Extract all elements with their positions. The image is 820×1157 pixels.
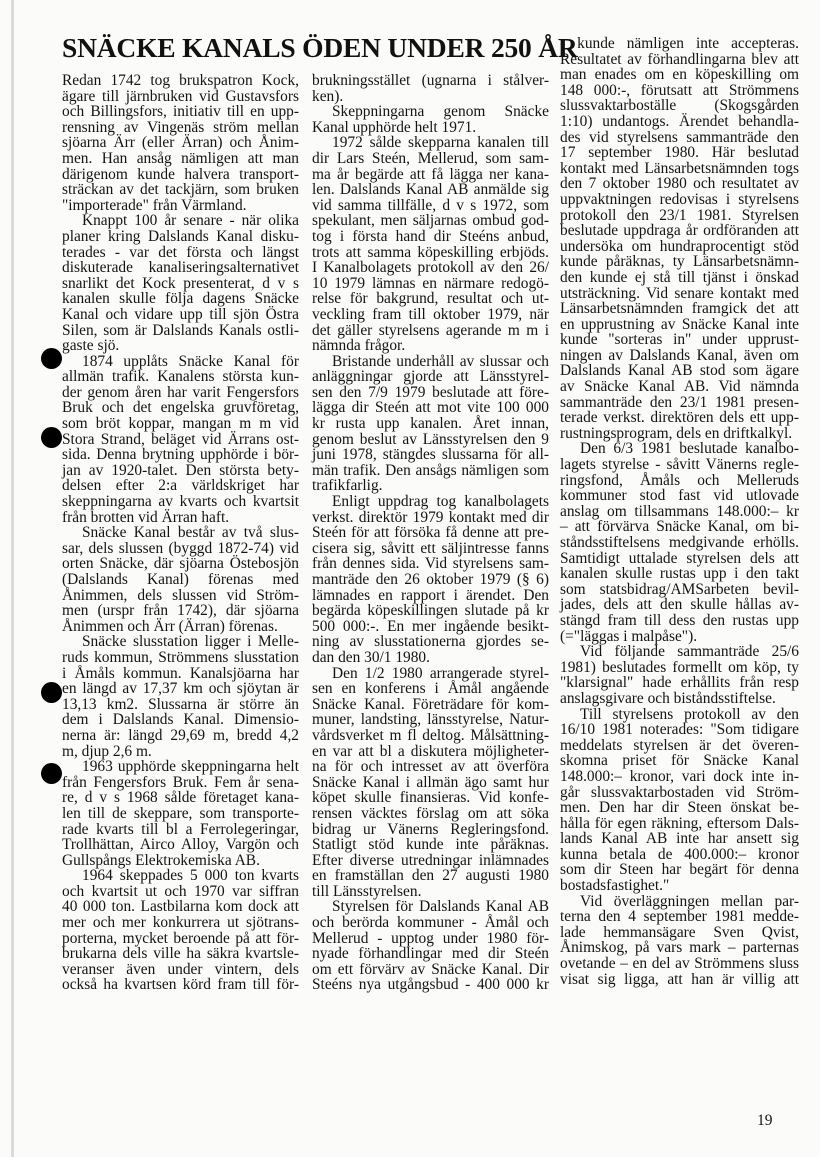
text-line: kanalen skulle rustas upp i den takt [560, 566, 799, 582]
text-line: utsträckning. Vid senare kontakt med [560, 286, 799, 302]
text-line: anläggningar gjorde att Länsstyrel- [312, 369, 549, 385]
text-line: kunna betala de 400.000:– kronor [560, 847, 799, 863]
page-number: 19 [757, 1112, 773, 1130]
text-line: bostadsfastighet." [560, 878, 799, 894]
text-line: sen den 7/9 1979 beslutade att före- [312, 385, 549, 401]
text-line: "importerade" från Värmland. [62, 198, 299, 214]
text-line: "klarsignal" hade erhållits från resp [560, 675, 799, 691]
text-line: Resultatet av förhandlingarna blev att [560, 52, 799, 68]
binder-hole [41, 682, 62, 703]
text-line: i Åmåls kommun. Kanalsjöarna har [62, 666, 299, 682]
text-line: 148 000:-, förutsatt att Strömmens [560, 83, 799, 99]
text-line: begärda köpeskillingen slutade på kr [312, 603, 549, 619]
text-line: Kanal upphörde helt 1971. [312, 120, 549, 136]
text-line: dir Lars Steén, Mellerud, som sam- [312, 151, 549, 167]
text-line: lägga dir Steén att mot vite 100 000 [312, 400, 549, 416]
text-line: och kvartsit ut och 1970 var siffran [62, 884, 299, 900]
text-line: na för och intresset av att överföra [312, 759, 549, 775]
text-line: nämnda frågor. [312, 338, 549, 354]
text-line: också ha kvartsen körd fram till för- [62, 977, 299, 993]
text-line: genom beslut av Länsstyrelsen den 9 [312, 432, 549, 448]
text-line: 1972 sålde skepparna kanalen till [312, 135, 549, 151]
text-line: Dalslands Kanal AB stod som ägare [560, 363, 799, 379]
text-line: Trollhättan, Airco Alloy, Vargön och [62, 837, 299, 853]
text-line: porterna, mycket beroende på att för- [62, 931, 299, 947]
text-line: nerna är: längd 29,69 m, bredd 4,2 [62, 728, 299, 744]
text-line: Knappt 100 år senare - när olika [62, 213, 299, 229]
text-line: ken). [312, 89, 549, 105]
text-line: Enligt uppdrag tog kanalbolagets [312, 494, 549, 510]
text-line: uppvaktningen redovisas i styrelsens [560, 192, 799, 208]
text-line: 1981) beslutades formellt om köp, ty [560, 660, 799, 676]
text-line: des vid styrelsens sammanträde den [560, 130, 799, 146]
text-line: om ett förvärv av Snäcke Kanal. Dir [312, 962, 549, 978]
text-line: ning av slusstationerna gjordes se- [312, 634, 549, 650]
text-line: der genom åren har varit Fengersfors [62, 385, 299, 401]
text-line: orten Snäcke, där sjöarna Östebosjön [62, 556, 299, 572]
text-line: ovetande – en del av Strömmens sluss [560, 956, 799, 972]
text-line: 1874 upplåts Snäcke Kanal för [62, 354, 299, 370]
text-line: verkst. direktör 1979 kontakt med dir [312, 510, 549, 526]
text-line: som dir Steen har begärt för denna [560, 862, 799, 878]
text-line: ruds kommun, Strömmens slusstation [62, 650, 299, 666]
text-line: 13,13 km2. Slussarna är större än [62, 697, 299, 713]
text-line: allmän trafik. Kanalens största kun- [62, 369, 299, 385]
text-line: 500 000:-. En mer ingående besikt- [312, 619, 549, 635]
text-line: Bruk och det engelska gruvföretag, [62, 400, 299, 416]
text-line: Skeppningarna genom Snäcke [312, 104, 549, 120]
text-line: den kunde ej stå till tjänst i önskad [560, 270, 799, 286]
text-line: veranser även under vintern, dels [62, 962, 299, 978]
text-line: det gäller styrelsens agerande m m i [312, 323, 549, 339]
text-line: kommuner stod fast vid utlovade [560, 488, 799, 504]
text-line: rustningsprogram, dels en driftkalkyl. [560, 426, 799, 442]
text-line: sammanträde den 23/1 1981 presen- [560, 395, 799, 411]
text-line: Stora Strand, beläget vid Ärrans ost- [62, 432, 299, 448]
text-line: muner, landsting, länsstyrelse, Natur- [312, 712, 549, 728]
text-line: 40 000 ton. Lastbilarna kom dock att [62, 899, 299, 915]
text-line: undersöka om hundraprocentigt stöd [560, 239, 799, 255]
text-line: en framställan den 27 augusti 1980 [312, 868, 549, 884]
article-title: SNÄCKE KANALS ÖDEN UNDER 250 ÅR [62, 33, 552, 63]
text-line: en var att bl a diskutera möjligheter- [312, 744, 549, 760]
text-line: en upprustning av Snäcke Kanal inte [560, 317, 799, 333]
text-line: från dennes sida. Vid styrelsens sam- [312, 556, 549, 572]
text-line: från Fengersfors Bruk. Fem år sena- [62, 775, 299, 791]
text-line: trafikfarlig. [312, 478, 549, 494]
text-line: delsen efter 2:a världskriget har [62, 478, 299, 494]
text-column-1: Redan 1742 tog brukspatron Kock,ägare ti… [62, 73, 299, 993]
text-line: jades, dels att den skulle hållas av- [560, 597, 799, 613]
text-line: anslag om tillsammans 148.000:– kr [560, 504, 799, 520]
text-line: gaste sjö. [62, 338, 299, 354]
text-line: Steén för att försöka få denne att pre- [312, 525, 549, 541]
binder-hole [41, 763, 62, 784]
text-line: 17 september 1980. Här beslutad [560, 145, 799, 161]
text-line: Vid överläggningen mellan par- [560, 894, 799, 910]
text-line: dem i Dalslands Kanal. Dimensio- [62, 712, 299, 728]
text-line: av Snäcke Kanal AB. Vid nämnda [560, 379, 799, 395]
text-line: sträckan av det tackjärn, som bruken [62, 182, 299, 198]
text-line: som bröt koppar, mangan m m vid [62, 416, 299, 432]
text-line: men (urspr från 1742), där sjöarna [62, 603, 299, 619]
binder-hole [41, 427, 62, 448]
text-line: lämnades en rapport i ärendet. Den [312, 588, 549, 604]
text-line: terade verkst. direktören dels ett upp- [560, 410, 799, 426]
text-line: ringsfond, Åmåls och Melleruds [560, 473, 799, 489]
text-line: ägare till järnbruken vid Gustavsfors [62, 89, 299, 105]
text-line: cisera sig, såvitt ett säljintresse fann… [312, 541, 549, 557]
text-line: stängd fram till dess den rustas upp [560, 613, 799, 629]
text-line: men. Den har dir Steen önskat be- [560, 800, 799, 816]
binder-hole [41, 348, 62, 369]
text-line: Kanal och vidare upp till sjön Östra [62, 307, 299, 323]
scan-edge-line [11, 0, 14, 1157]
text-line: - kunde nämligen inte accepteras. [560, 36, 799, 52]
text-line: slussvaktarboställe (Skogsgården [560, 98, 799, 114]
text-line: tog i första hand dir Steéns anbud, [312, 229, 549, 245]
text-line: man enades om en köpeskilling om [560, 67, 799, 83]
text-line: från brotten vid Ärran haft. [62, 510, 299, 526]
text-line: och Billingsfors, initiativ till en upp- [62, 104, 299, 120]
text-line: terades - var det första och längst [62, 245, 299, 261]
text-line: kunde påräknas, ty Länsarbetsnämn- [560, 254, 799, 270]
text-line: skeppningarna av kvarts och kvartsit [62, 494, 299, 510]
text-line: Ånimmen, dels slussen vid Ström- [62, 588, 299, 604]
text-line: ma år begärde att få lägga ner kana- [312, 167, 549, 183]
text-line: re, d v s 1968 sålde företaget kana- [62, 790, 299, 806]
text-line: diskuterade kanaliseringsalternativet [62, 260, 299, 276]
text-line: bidrag ur Vänerns Regleringsfond. [312, 822, 549, 838]
text-line: sen en konferens i Åmål angående [312, 681, 549, 697]
text-line: juni 1978, stängdes slussarna för all- [312, 447, 549, 463]
text-line: 1:10) undantogs. Ärendet behandla- [560, 114, 799, 130]
text-line: Styrelsen för Dalslands Kanal AB [312, 899, 549, 915]
text-line: köpet skulle finansieras. Vid konfe- [312, 790, 549, 806]
text-line: Den 6/3 1981 beslutade kanalbo- [560, 441, 799, 457]
text-line: kunde "sorteras in" under upprust- [560, 332, 799, 348]
text-line: manträde den 26 oktober 1979 (§ 6) [312, 572, 549, 588]
text-line: Statligt stöd kunde inte påräknas. [312, 837, 549, 853]
text-line: Snäcke Kanal. Företrädare för kom- [312, 697, 549, 713]
text-line: rensning av Vingenäs ström mellan [62, 120, 299, 136]
text-line: Gullspångs Elektrokemiska AB. [62, 853, 299, 869]
text-line: brukningsstället (ugnarna i stålver- [312, 73, 549, 89]
text-line: rade kvarts till bl a Ferrolegeringar, [62, 822, 299, 838]
text-line: Mellerud - upptog under 1980 för- [312, 931, 549, 947]
text-line: dan den 30/1 1980. [312, 650, 549, 666]
text-line: 1964 skeppades 5 000 ton kvarts [62, 868, 299, 884]
text-line: därigenom kunde halvera transport- [62, 167, 299, 183]
text-line: Bristande underhåll av slussar och [312, 354, 549, 370]
text-line: 16/10 1981 noterades: "Som tidigare [560, 722, 799, 738]
text-line: Den 1/2 1980 arrangerade styrel- [312, 666, 549, 682]
text-line: visat sig ligga, att han är villig att [560, 972, 799, 988]
text-line: till Länsstyrelsen. [312, 884, 549, 900]
text-line: Snäcke Kanal består av två slus- [62, 525, 299, 541]
text-line: nyade förhandlingar med dir Steén [312, 946, 549, 962]
text-line: rensen väcktes förslag om att söka [312, 806, 549, 822]
text-line: en längd av 17,37 km och sjöytan är [62, 681, 299, 697]
text-line: Ånimskog, på vars mark – parternas [560, 940, 799, 956]
text-line: anslagsgivare och biståndsstiftelse. [560, 691, 799, 707]
text-line: lade hemmansägare Sven Qvist, [560, 925, 799, 941]
text-line: veckling fram till oktober 1979, när [312, 307, 549, 323]
text-line: lands Kanal AB inte har ansett sig [560, 831, 799, 847]
text-line: kanalen skulle följa dagens Snäcke [62, 291, 299, 307]
text-line: planer kring Dalslands Kanal disku- [62, 229, 299, 245]
text-line: Till styrelsens protokoll av den [560, 707, 799, 723]
text-line: hålla för egen räkning, eftersom Dals- [560, 816, 799, 832]
text-line: kr rusta upp kanalen. Året innan, [312, 416, 549, 432]
text-line: Vid följande sammanträde 25/6 [560, 644, 799, 660]
text-line: (Dalslands Kanal) förenas med [62, 572, 299, 588]
text-line: beslutade uppdraga år ordföranden att [560, 223, 799, 239]
text-line: meddelats styrelsen är det överen- [560, 738, 799, 754]
text-line: sjöarna Ärr (eller Ärran) och Ånim- [62, 135, 299, 151]
text-line: Silen, som är Dalslands Kanals ostli- [62, 323, 299, 339]
text-line: jan av 1920-talet. Den största bety- [62, 463, 299, 479]
text-line: relse för bakgrund, resultat och ut- [312, 291, 549, 307]
text-line: män trafik. Den ansågs nämligen som [312, 463, 549, 479]
text-line: brukarna dels ville ha säkra kvartsle- [62, 946, 299, 962]
text-line: Steéns nya utgångsbud - 400 000 kr [312, 977, 549, 993]
text-line: lagets styrelse - såvitt Vänerns regle- [560, 457, 799, 473]
text-column-2: brukningsstället (ugnarna i stålver-ken)… [312, 73, 549, 993]
text-line: vårdsverket m fl deltog. Målsättning- [312, 728, 549, 744]
text-line: Efter diverse utredningar inlämnades [312, 853, 549, 869]
text-line: men. Han ansåg nämligen att man [62, 151, 299, 167]
text-line: Redan 1742 tog brukspatron Kock, [62, 73, 299, 89]
text-line: Länsarbetsnämnden framgick det att [560, 301, 799, 317]
text-line: Snäcke Kanal i allmän ägo samt hur [312, 775, 549, 791]
text-line: går slussvaktarbostaden vid Ström- [560, 785, 799, 801]
text-line: (="läggas i malpåse"). [560, 629, 799, 645]
text-line: sar, dels slussen (byggd 1872-74) vid [62, 541, 299, 557]
text-line: 148.000:– kronor, vari dock inte in- [560, 769, 799, 785]
text-line: len till de skeppare, som transporte- [62, 806, 299, 822]
text-line: skomna priset för Snäcke Kanal [560, 753, 799, 769]
text-line: snarlikt det Kock presenterat, d v s [62, 276, 299, 292]
text-line: 10 1979 lämnas en närmare redogö- [312, 276, 549, 292]
text-line: m, djup 2,6 m. [62, 744, 299, 760]
text-line: och berörda kommuner - Åmål och [312, 915, 549, 931]
text-line: som statsbidrag/AMSarbeten bevil- [560, 582, 799, 598]
text-line: trots att samma köpeskilling erbjöds. [312, 245, 549, 261]
text-line: ningen av Dalslands Kanal, även om [560, 348, 799, 364]
text-line: sida. Denna brytning upphörde i bör- [62, 447, 299, 463]
text-line: 1963 upphörde skeppningarna helt [62, 759, 299, 775]
text-line: vid samma tillfälle, d v s 1972, som [312, 198, 549, 214]
text-line: ståndsstiftelsens medgivande erhölls. [560, 535, 799, 551]
text-line: Ånimmen och Ärr (Ärran) förenas. [62, 619, 299, 635]
text-line: I Kanalbolagets protokoll av den 26/ [312, 260, 549, 276]
text-line: terna den 4 september 1981 medde- [560, 909, 799, 925]
text-line: len. Dalslands Kanal AB anmälde sig [312, 182, 549, 198]
text-line: Snäcke slusstation ligger i Melle- [62, 634, 299, 650]
text-line: protokoll den 23/1 1981. Styrelsen [560, 208, 799, 224]
text-line: mer och mer konkurrera ut sjötrans- [62, 915, 299, 931]
text-line: – att förvärva Snäcke Kanal, om bi- [560, 519, 799, 535]
text-line: spekulant, men säljarnas ombud god- [312, 213, 549, 229]
text-line: kontakt med Länsarbetsnämnden togs [560, 161, 799, 177]
text-line: Samtidigt uttalade styrelsen dels att [560, 551, 799, 567]
text-line: den 7 oktober 1980 och resultatet av [560, 176, 799, 192]
text-column-3: - kunde nämligen inte accepteras.Resulta… [560, 36, 799, 987]
